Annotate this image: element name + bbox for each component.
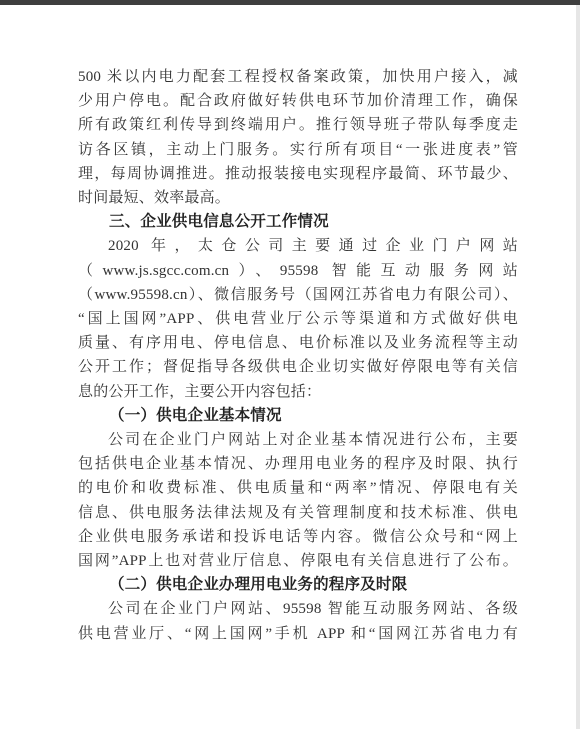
section-heading: （二）供电企业办理用电业务的程序及时限 <box>78 573 518 597</box>
document-page: 500 米以内电力配套工程授权备案政策，加快用户接入，减 少用户停电。配合政府做… <box>0 0 580 729</box>
page-right-edge-strip <box>576 5 580 729</box>
page-top-edge-bar <box>0 0 580 5</box>
body-line: 供电营业厅、“网上国网”手机 APP 和“国网江苏省电力有 <box>78 622 518 646</box>
body-line: 的电价和收费标准、供电质量和“两率”情况、停限电有关 <box>78 476 518 500</box>
body-line: 公开工作；督促指导各级供电企业切实做好停限电等有关信 <box>78 355 518 379</box>
body-line: 时间最短、效率最高。 <box>78 186 518 210</box>
body-line: 少用户停电。配合政府做好转供电环节加价清理工作，确保 <box>78 89 518 113</box>
section-heading: （一）供电企业基本情况 <box>78 404 518 428</box>
body-line: 所有政策红利传导到终端用户。推行领导班子带队每季度走 <box>78 113 518 137</box>
body-line: （www.js.sgcc.com.cn）、95598 智能互动服务网站 <box>78 259 518 283</box>
body-line: 500 米以内电力配套工程授权备案政策，加快用户接入，减 <box>78 65 518 89</box>
body-line: 包括供电企业基本情况、办理用电业务的程序及时限、执行 <box>78 452 518 476</box>
section-heading: 三、企业供电信息公开工作情况 <box>78 210 518 234</box>
body-line: 2020 年，太仓公司主要通过企业门户网站 <box>78 234 518 258</box>
body-line: （www.95598.cn）、微信服务号（国网江苏省电力有限公司）、 <box>78 283 518 307</box>
body-line: 信息、供电服务法律法规及有关管理制度和技术标准、供电 <box>78 501 518 525</box>
body-line: 国网”APP上也对营业厅信息、停限电有关信息进行了公布。 <box>78 549 518 573</box>
body-line: “国上国网”APP、供电营业厅公示等渠道和方式做好供电 <box>78 307 518 331</box>
body-line: 理，每周协调推进。推动报装接电实现程序最简、环节最少、 <box>78 162 518 186</box>
body-line: 公司在企业门户网站、95598 智能互动服务网站、各级 <box>78 597 518 621</box>
body-line: 质量、有序用电、停电信息、电价标准以及业务流程等主动 <box>78 331 518 355</box>
body-line: 访各区镇，主动上门服务。实行所有项目“一张进度表”管 <box>78 138 518 162</box>
text-column: 500 米以内电力配套工程授权备案政策，加快用户接入，减 少用户停电。配合政府做… <box>78 65 518 646</box>
body-line: 企业供电服务承诺和投诉电话等内容。微信公众号和“网上 <box>78 525 518 549</box>
body-line: 息的公开工作，主要公开内容包括： <box>78 380 518 404</box>
body-line: 公司在企业门户网站上对企业基本情况进行公布，主要 <box>78 428 518 452</box>
